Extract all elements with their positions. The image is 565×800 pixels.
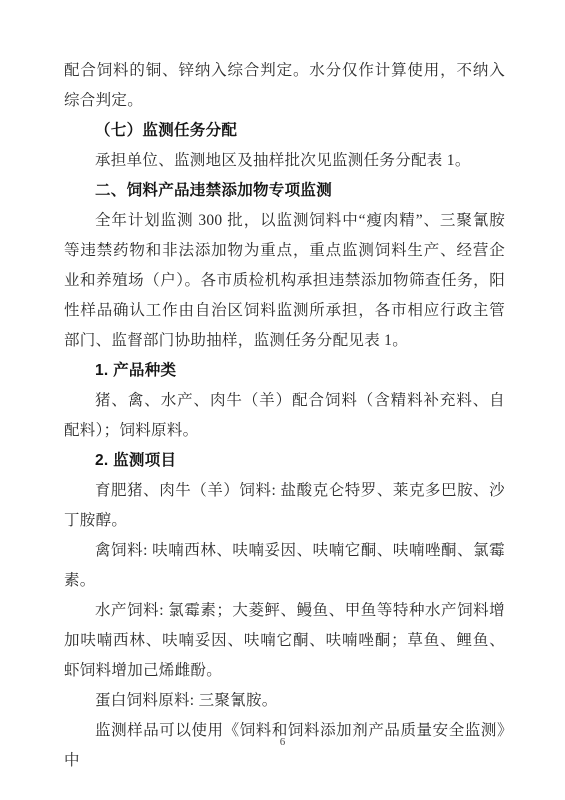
document-body: 配合饲料的铜、锌纳入综合判定。水分仅作计算使用，不纳入综合判定。 （七）监测任务… xyxy=(64,56,505,776)
para-task-allocation-table: 承担单位、监测地区及抽样批次见监测任务分配表 1。 xyxy=(64,146,505,176)
heading-monitoring-items: 2. 监测项目 xyxy=(64,446,505,476)
document-page: 配合饲料的铜、锌纳入综合判定。水分仅作计算使用，不纳入综合判定。 （七）监测任务… xyxy=(0,0,565,800)
heading-monitoring-task-allocation: （七）监测任务分配 xyxy=(64,116,505,146)
para-poultry-feed-items: 禽饲料: 呋喃西林、呋喃妥因、呋喃它酮、呋喃唑酮、氯霉素。 xyxy=(64,536,505,596)
para-composite-judgment: 配合饲料的铜、锌纳入综合判定。水分仅作计算使用，不纳入综合判定。 xyxy=(64,56,505,116)
heading-prohibited-additives-monitoring: 二、饲料产品违禁添加物专项监测 xyxy=(64,176,505,206)
para-aquatic-feed-items: 水产饲料: 氯霉素；大菱鲆、鳗鱼、甲鱼等特种水产饲料增加呋喃西林、呋喃妥因、呋喃… xyxy=(64,596,505,686)
para-annual-monitoring-plan: 全年计划监测 300 批，以监测饲料中“瘦肉精”、三聚氰胺等违禁药物和非法添加物… xyxy=(64,206,505,356)
para-product-types: 猪、禽、水产、肉牛（羊）配合饲料（含精料补充料、自配料）；饲料原料。 xyxy=(64,386,505,446)
para-protein-feed-items: 蛋白饲料原料: 三聚氰胺。 xyxy=(64,686,505,716)
page-number: 6 xyxy=(0,736,565,748)
para-pig-cattle-feed-items: 育肥猪、肉牛（羊）饲料: 盐酸克仑特罗、莱克多巴胺、沙丁胺醇。 xyxy=(64,476,505,536)
heading-product-types: 1. 产品种类 xyxy=(64,356,505,386)
